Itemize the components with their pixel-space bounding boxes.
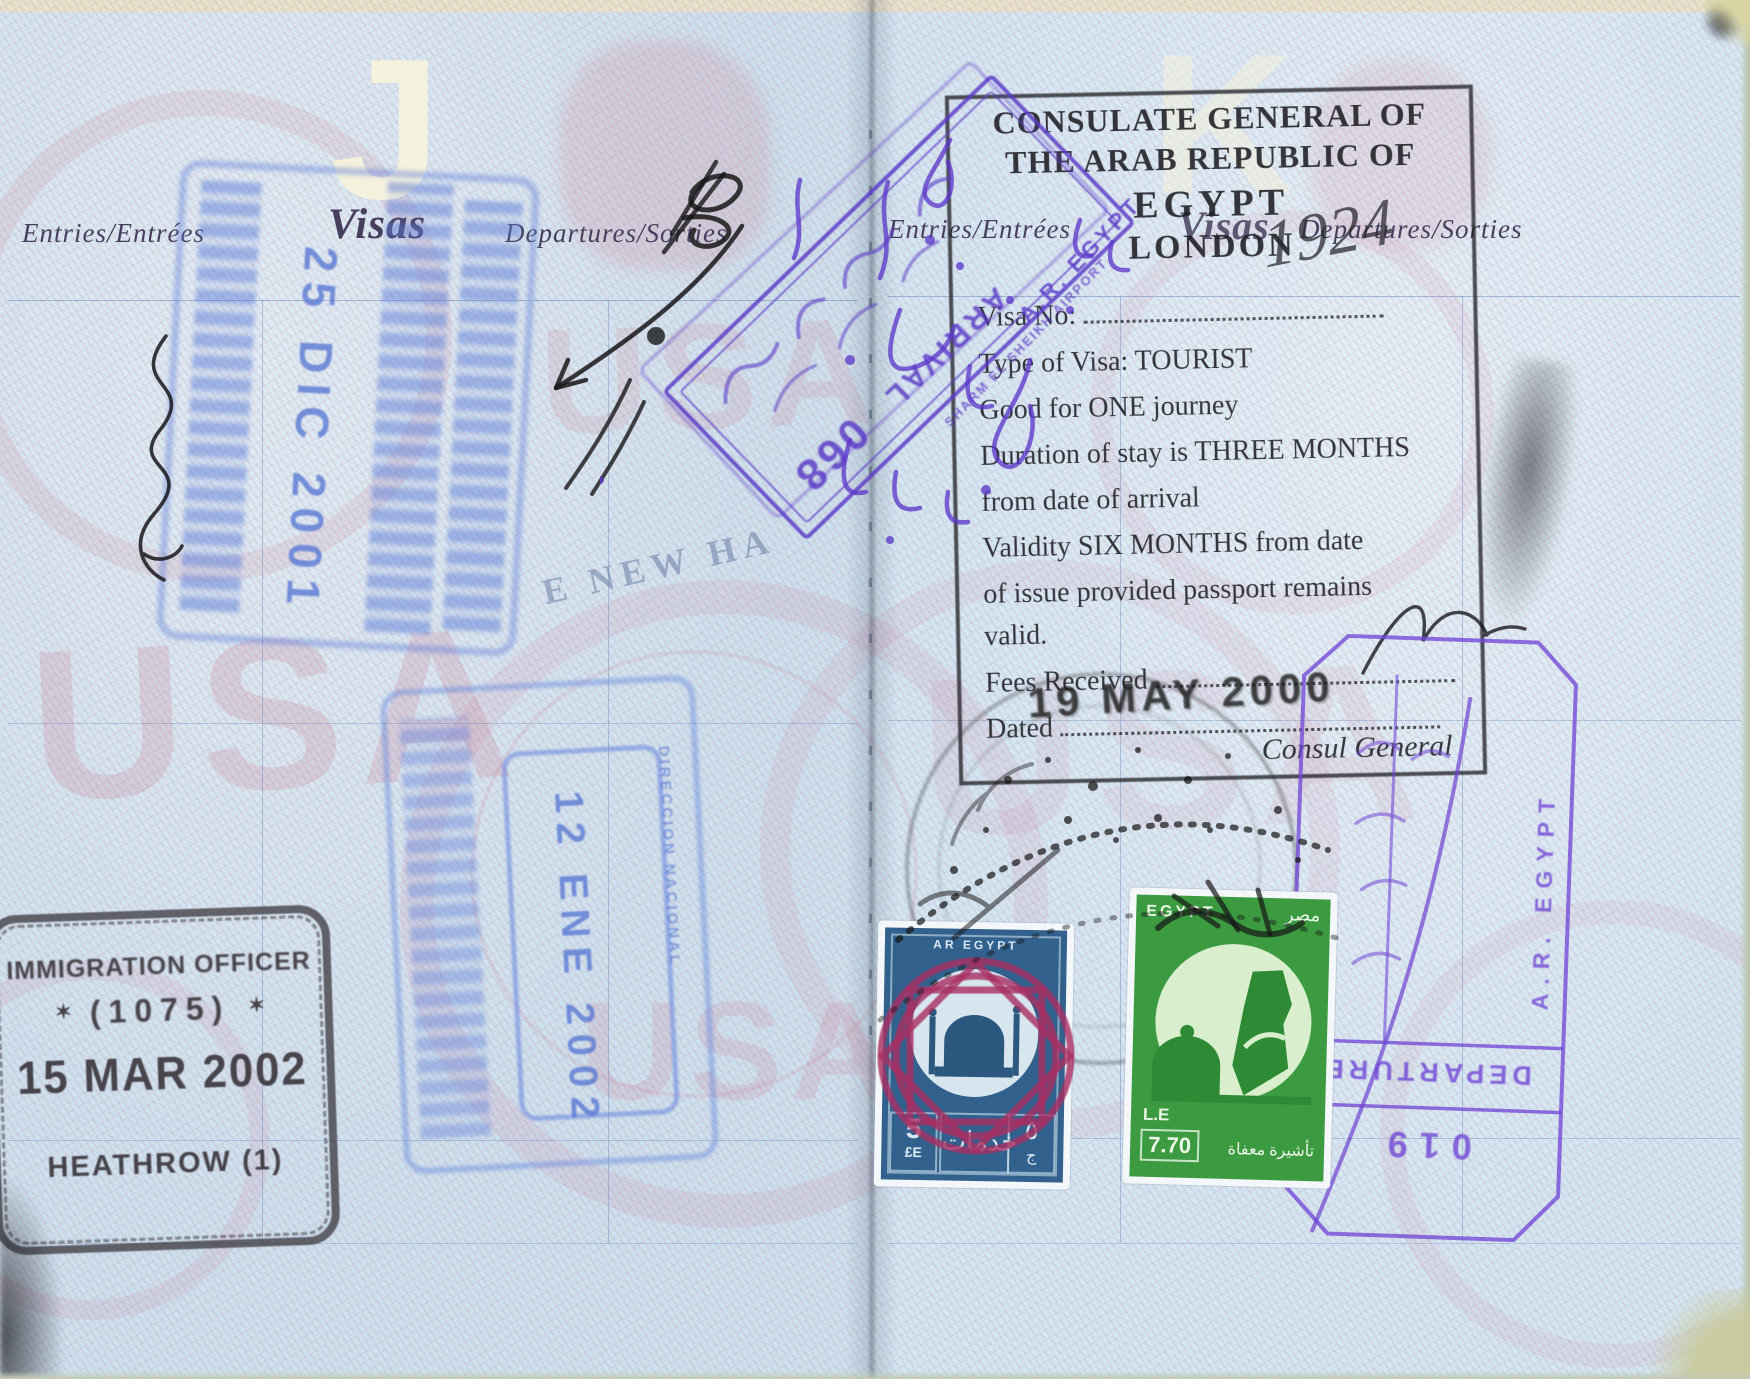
uk-stamp-number: (1075): [89, 990, 231, 1031]
spain-exit-stamp: 12 ENE 2002 DIRECCION NACIONAL: [380, 674, 720, 1175]
scan-edge-right: [1740, 0, 1750, 1379]
star-icon: ✶: [55, 1001, 73, 1024]
passport-spread-scan: USA USA USA USA E NEW HA J K Entries/Ent…: [0, 0, 1750, 1379]
black-postmark-scribbles: [858, 690, 1378, 1250]
scan-corner-topright: [1704, 0, 1750, 46]
scan-corner-bottomright: [1640, 1289, 1750, 1379]
page-curl-bottomleft: [0, 1159, 70, 1379]
scan-edge-bottom: [0, 1371, 1750, 1379]
uk-stamp-date: 15 MAR 2002: [0, 1040, 327, 1105]
purple-arabic-handwriting: [600, 60, 1250, 700]
star-icon: ✶: [248, 994, 266, 1017]
signature-squiggle: [48, 318, 238, 618]
